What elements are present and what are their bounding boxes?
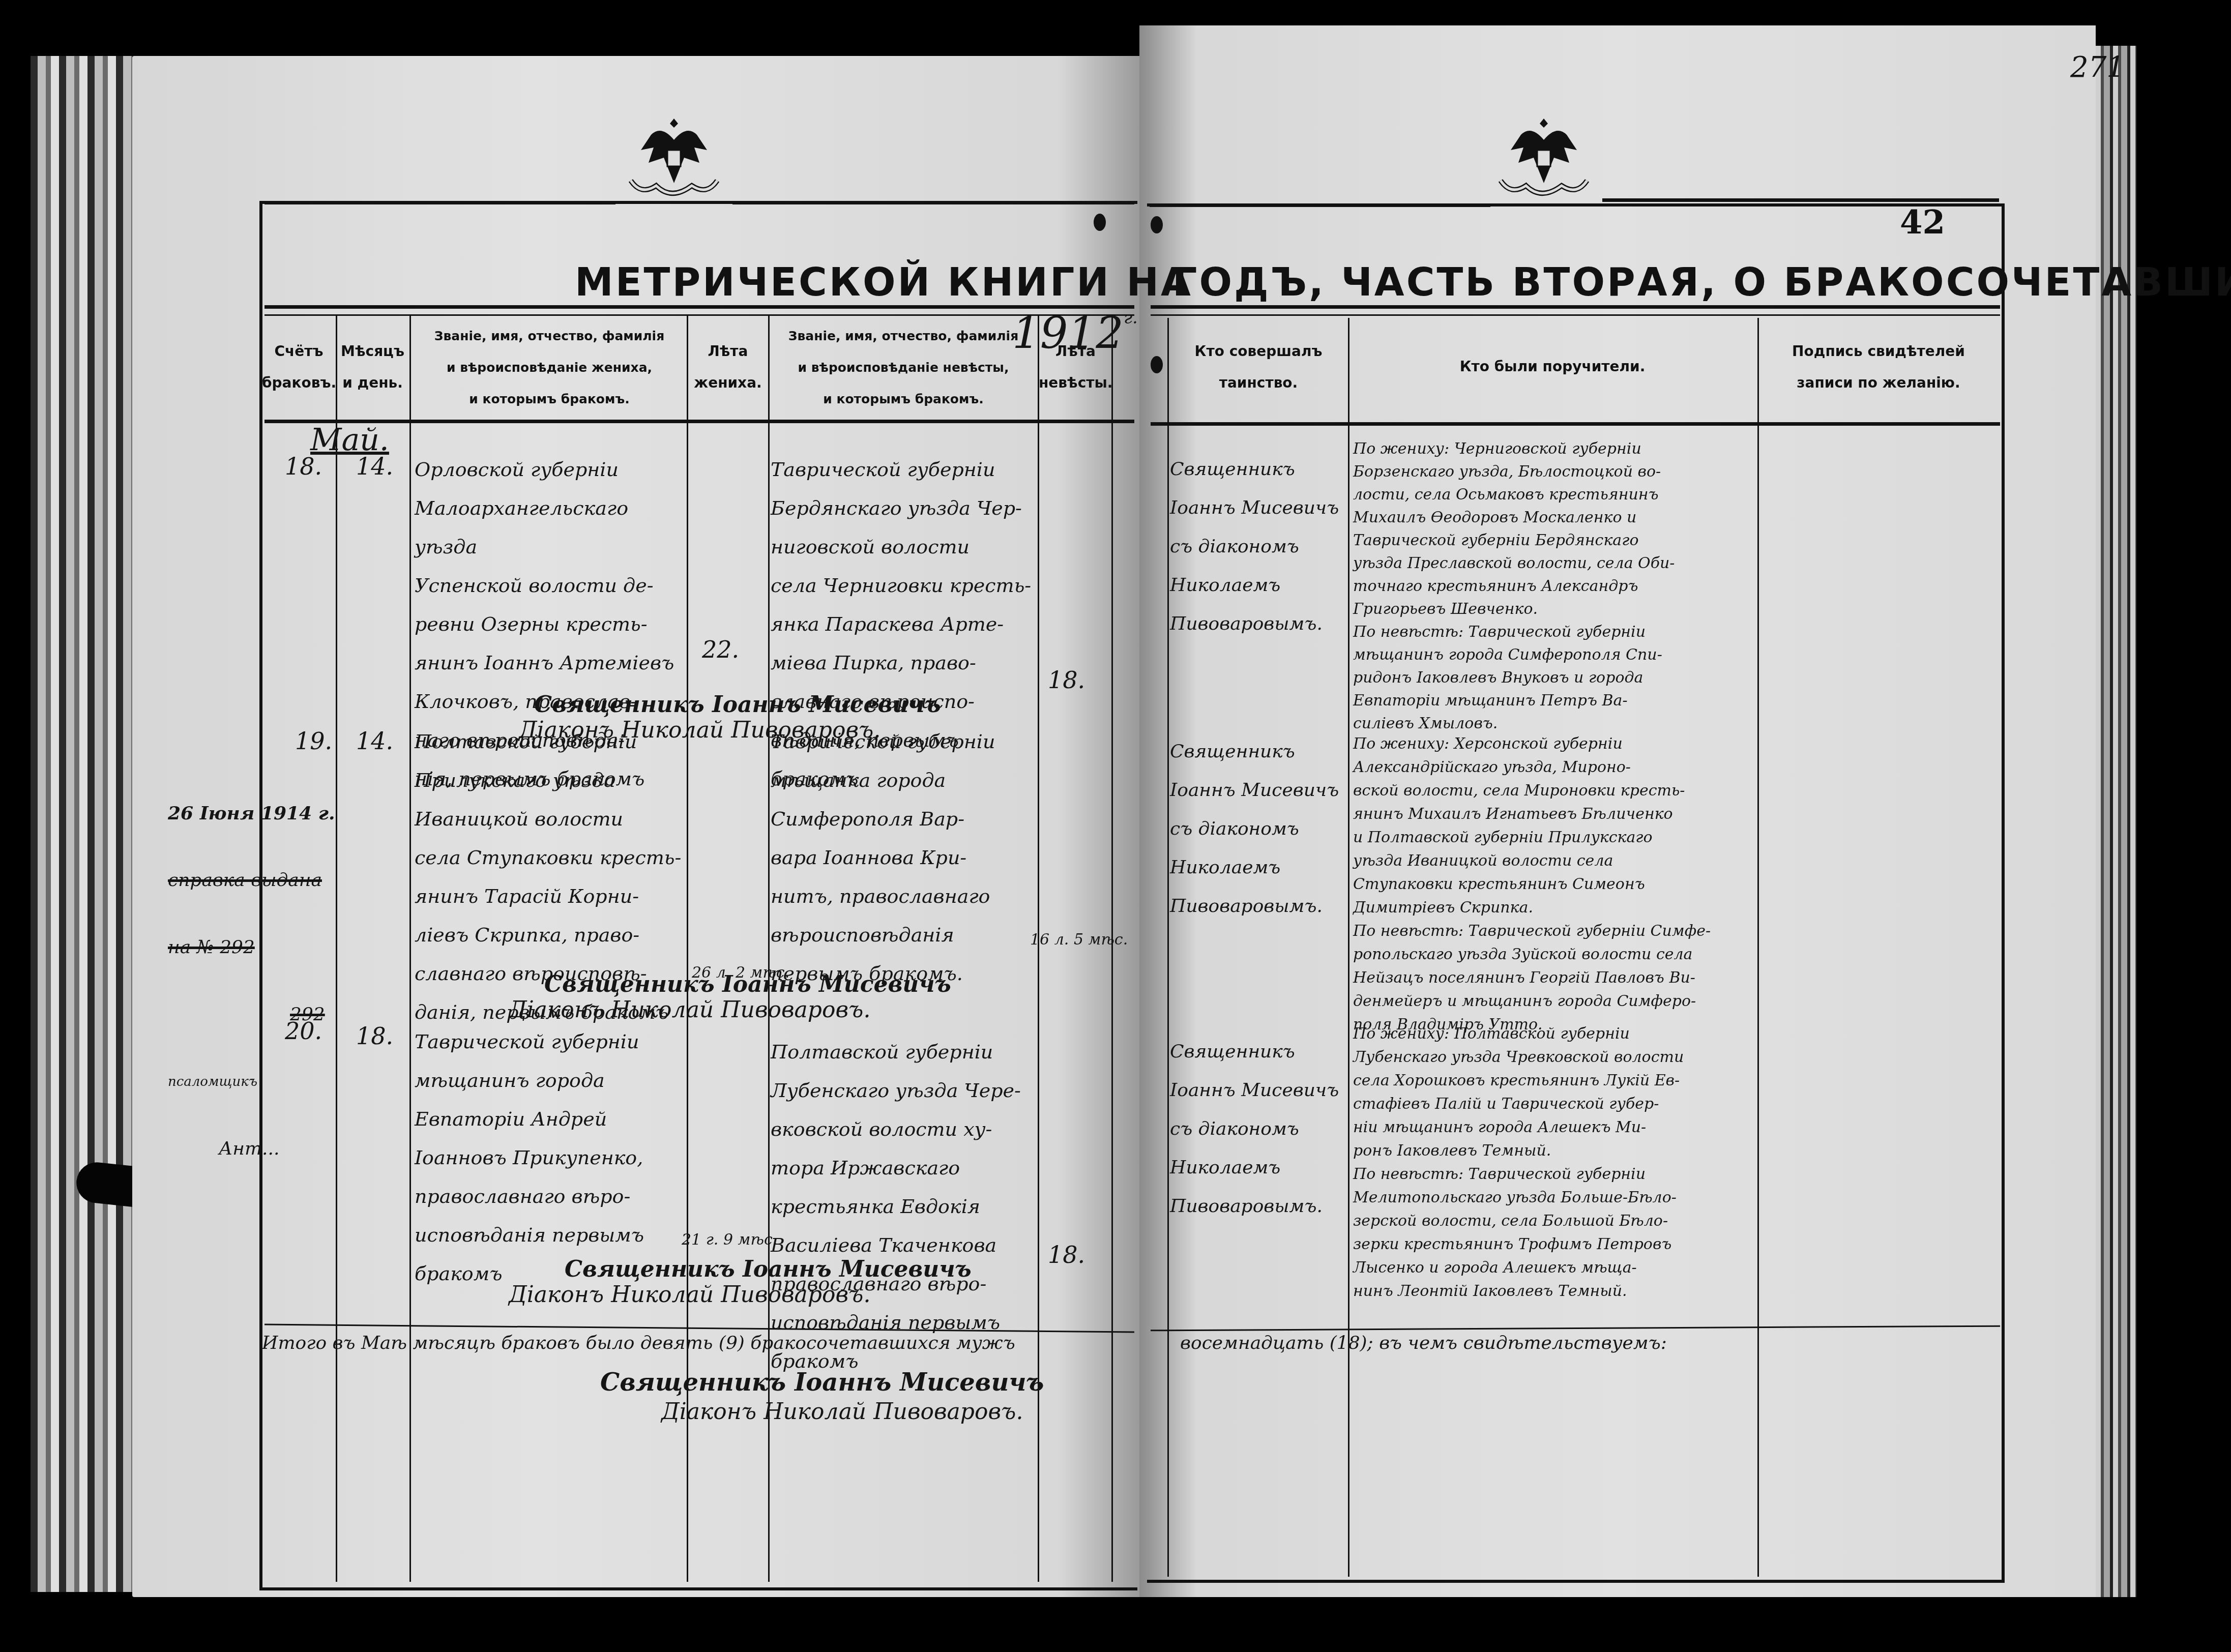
double-headed-eagle-icon bbox=[1490, 114, 1597, 211]
column-divider bbox=[1111, 315, 1113, 1582]
folio-number: 271 bbox=[2070, 51, 2125, 84]
bride-age: 18. bbox=[1048, 666, 1085, 694]
column-divider bbox=[1348, 318, 1349, 1577]
summary-text-right: восемнадцать (18); въ чемъ свидѣтельству… bbox=[1180, 1333, 1667, 1353]
title-right: ГОДЪ, ЧАСТЬ ВТОРАЯ, О БРАКОСОЧЕТАВШИХСЯ. bbox=[1172, 259, 2231, 305]
column-header-month-day: Мѣсяцъ и день. bbox=[336, 336, 409, 399]
binding-hole bbox=[1151, 356, 1163, 373]
groom-age: 21 г. 9 мѣс. bbox=[682, 1231, 777, 1249]
column-header-witness-signatures: Подпись свидѣтелей записи по желанію. bbox=[1759, 336, 1998, 399]
record-number: 20. bbox=[285, 1017, 322, 1045]
column-header-groom: Званіе, имя, отчество, фамилія и вѣроисп… bbox=[412, 320, 687, 415]
margin-number: 292 bbox=[168, 998, 371, 1031]
signature-priest: Священникъ Іоаннъ Мисевичъ bbox=[544, 971, 951, 997]
double-headed-eagle-icon bbox=[621, 114, 727, 211]
column-divider bbox=[409, 315, 411, 1582]
groom-age: 22. bbox=[702, 636, 739, 663]
header-band-rule bbox=[265, 305, 1134, 309]
margin-struck-line: на № 292 bbox=[168, 931, 371, 964]
officiant: Священникъ Іоаннъ Мисевичъ съ діакономъ … bbox=[1170, 1032, 1348, 1226]
bride-age: 18. bbox=[1048, 1241, 1085, 1268]
record-day: 14. bbox=[356, 727, 393, 755]
record-day: 14. bbox=[356, 453, 393, 480]
header-band-rule bbox=[265, 314, 1134, 316]
column-header-bride-age: Лѣта невѣсты. bbox=[1039, 336, 1112, 399]
column-header-guarantors: Кто были поручители. bbox=[1349, 351, 1756, 382]
guarantors: По жениху: Полтавской губерніи Лубенскаг… bbox=[1353, 1022, 1760, 1303]
record-number: 18. bbox=[285, 453, 322, 480]
header-bottom-rule bbox=[1151, 422, 2000, 426]
signature-priest: Священникъ Іоаннъ Мисевичъ bbox=[565, 1256, 972, 1282]
guarantors: По жениху: Черниговской губерніи Борзенс… bbox=[1353, 437, 1760, 735]
column-header-groom-age: Лѣта жениха. bbox=[688, 336, 768, 399]
header-rule bbox=[1602, 198, 1999, 202]
officiant: Священникъ Іоаннъ Мисевичъ съ діакономъ … bbox=[1170, 450, 1348, 643]
binding-hole bbox=[1151, 216, 1163, 233]
margin-annotation: 26 Іюня 1914 г. справка выдана на № 292 … bbox=[168, 763, 371, 1199]
signature-priest: Священникъ Іоаннъ Мисевичъ bbox=[534, 692, 941, 718]
header-bottom-rule bbox=[265, 420, 1134, 423]
page-number: 42 bbox=[1900, 203, 1945, 242]
signature-deacon: Діаконъ Николай Пивоваровъ. bbox=[509, 1282, 870, 1308]
column-header-officiant: Кто совершалъ таинство. bbox=[1169, 336, 1348, 399]
header-band-rule bbox=[1151, 314, 2000, 316]
header-rule bbox=[1150, 203, 1490, 207]
title-left: МЕТРИЧЕСКОЙ КНИГИ НА bbox=[575, 259, 1193, 305]
summary-signature-deacon: Діаконъ Николай Пивоваровъ. bbox=[661, 1399, 1023, 1425]
margin-date: 26 Іюня 1914 г. bbox=[168, 796, 371, 830]
column-header-bride: Званіе, имя, отчество, фамилія и вѣроисп… bbox=[769, 320, 1038, 415]
header-band-rule bbox=[1151, 305, 2000, 309]
summary-signature-priest: Священникъ Іоаннъ Мисевичъ bbox=[600, 1368, 1044, 1397]
header-rule bbox=[265, 201, 615, 204]
groom-description: Таврической губерніи мѣщанинъ города Евп… bbox=[415, 1022, 687, 1293]
margin-clerk-signature: Ант... bbox=[168, 1132, 371, 1166]
officiant: Священникъ Іоаннъ Мисевичъ съ діакономъ … bbox=[1170, 732, 1348, 926]
summary-text-left: Итого въ Маѣ мѣсяцѣ браковъ было девять … bbox=[262, 1333, 1015, 1353]
book-page-edges-left bbox=[31, 56, 132, 1592]
column-header-count: Счётъ браковъ. bbox=[262, 336, 336, 399]
binding-hole bbox=[1094, 214, 1106, 231]
column-divider bbox=[1167, 318, 1169, 1577]
margin-struck-line: справка выдана bbox=[168, 864, 371, 897]
guarantors: По жениху: Херсонской губерніи Александр… bbox=[1353, 732, 1760, 1037]
record-number: 19. bbox=[295, 727, 332, 755]
signature-deacon: Діаконъ Николай Пивоваровъ. bbox=[509, 997, 870, 1023]
bride-age: 16 л. 5 мѣс. bbox=[1030, 931, 1128, 949]
record-day: 18. bbox=[356, 1022, 393, 1050]
margin-clerk: псаломщикъ bbox=[168, 1065, 371, 1099]
header-rule bbox=[732, 201, 1134, 204]
bride-description: Таврической губерніи мѣщанка города Симф… bbox=[771, 722, 1038, 993]
